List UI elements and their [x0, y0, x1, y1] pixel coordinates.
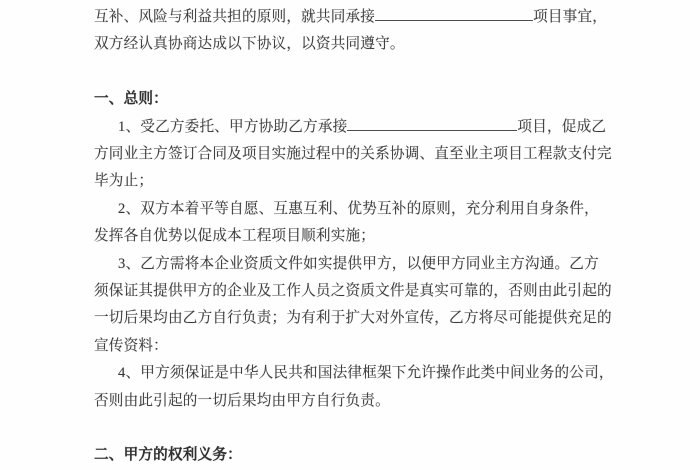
clause-1-line-1-pre: 1、受乙方委托、甲方协助乙方承接	[118, 119, 347, 135]
opening-line-1-post: 项目事宜，	[533, 9, 607, 25]
clause-3-line-4: 宣传资料：	[94, 333, 616, 360]
clause-3-line-3: 一切后果均由乙方自行负责；为有利于扩大对外宣传，乙方将尽可能提供充足的	[94, 305, 616, 332]
clause-2-line-1: 2、双方本着平等自愿、互惠互利、优势互补的原则，充分利用自身条件，	[94, 196, 616, 223]
fill-in-blank-project-name	[347, 117, 517, 130]
opening-line-1: 互补、风险与利益共担的原则，就共同承接项目事宜，	[94, 4, 616, 31]
section-heading-general: 一、总则：	[94, 86, 616, 113]
section-heading-party-a: 二、甲方的权利义务：	[94, 442, 616, 469]
clause-3-line-2: 须保证其提供甲方的企业及工作人员之资质文件是真实可靠的，否则由此引起的	[94, 278, 616, 305]
scanned-contract-page: 互补、风险与利益共担的原则，就共同承接项目事宜， 双方经认真协商达成以下协议，以…	[0, 0, 700, 470]
clause-4-line-1: 4、甲方须保证是中华人民共和国法律框架下允许操作此类中间业务的公司，	[94, 360, 616, 387]
clause-4-line-2: 否则由此引起的一切后果均由甲方自行负责。	[94, 388, 616, 415]
clause-1-line-1: 1、受乙方委托、甲方协助乙方承接项目，促成乙	[94, 114, 616, 141]
clause-2-line-2: 发挥各自优势以促成本工程项目顺利实施；	[94, 223, 616, 250]
opening-line-2: 双方经认真协商达成以下协议，以资共同遵守。	[94, 31, 616, 58]
clause-1-line-2: 方同业主方签订合同及项目实施过程中的关系协调、直至业主项目工程款支付完	[94, 141, 616, 168]
clause-1-line-3: 毕为止；	[94, 168, 616, 195]
clause-1-line-1-post: 项目，促成乙	[517, 119, 606, 135]
document-text-block: 互补、风险与利益共担的原则，就共同承接项目事宜， 双方经认真协商达成以下协议，以…	[94, 4, 616, 470]
opening-line-1-pre: 互补、风险与利益共担的原则，就共同承接	[94, 9, 375, 25]
clause-3-line-1: 3、乙方需将本企业资质文件如实提供甲方，以便甲方同业主方沟通。乙方	[94, 251, 616, 278]
fill-in-blank-project	[375, 8, 533, 21]
